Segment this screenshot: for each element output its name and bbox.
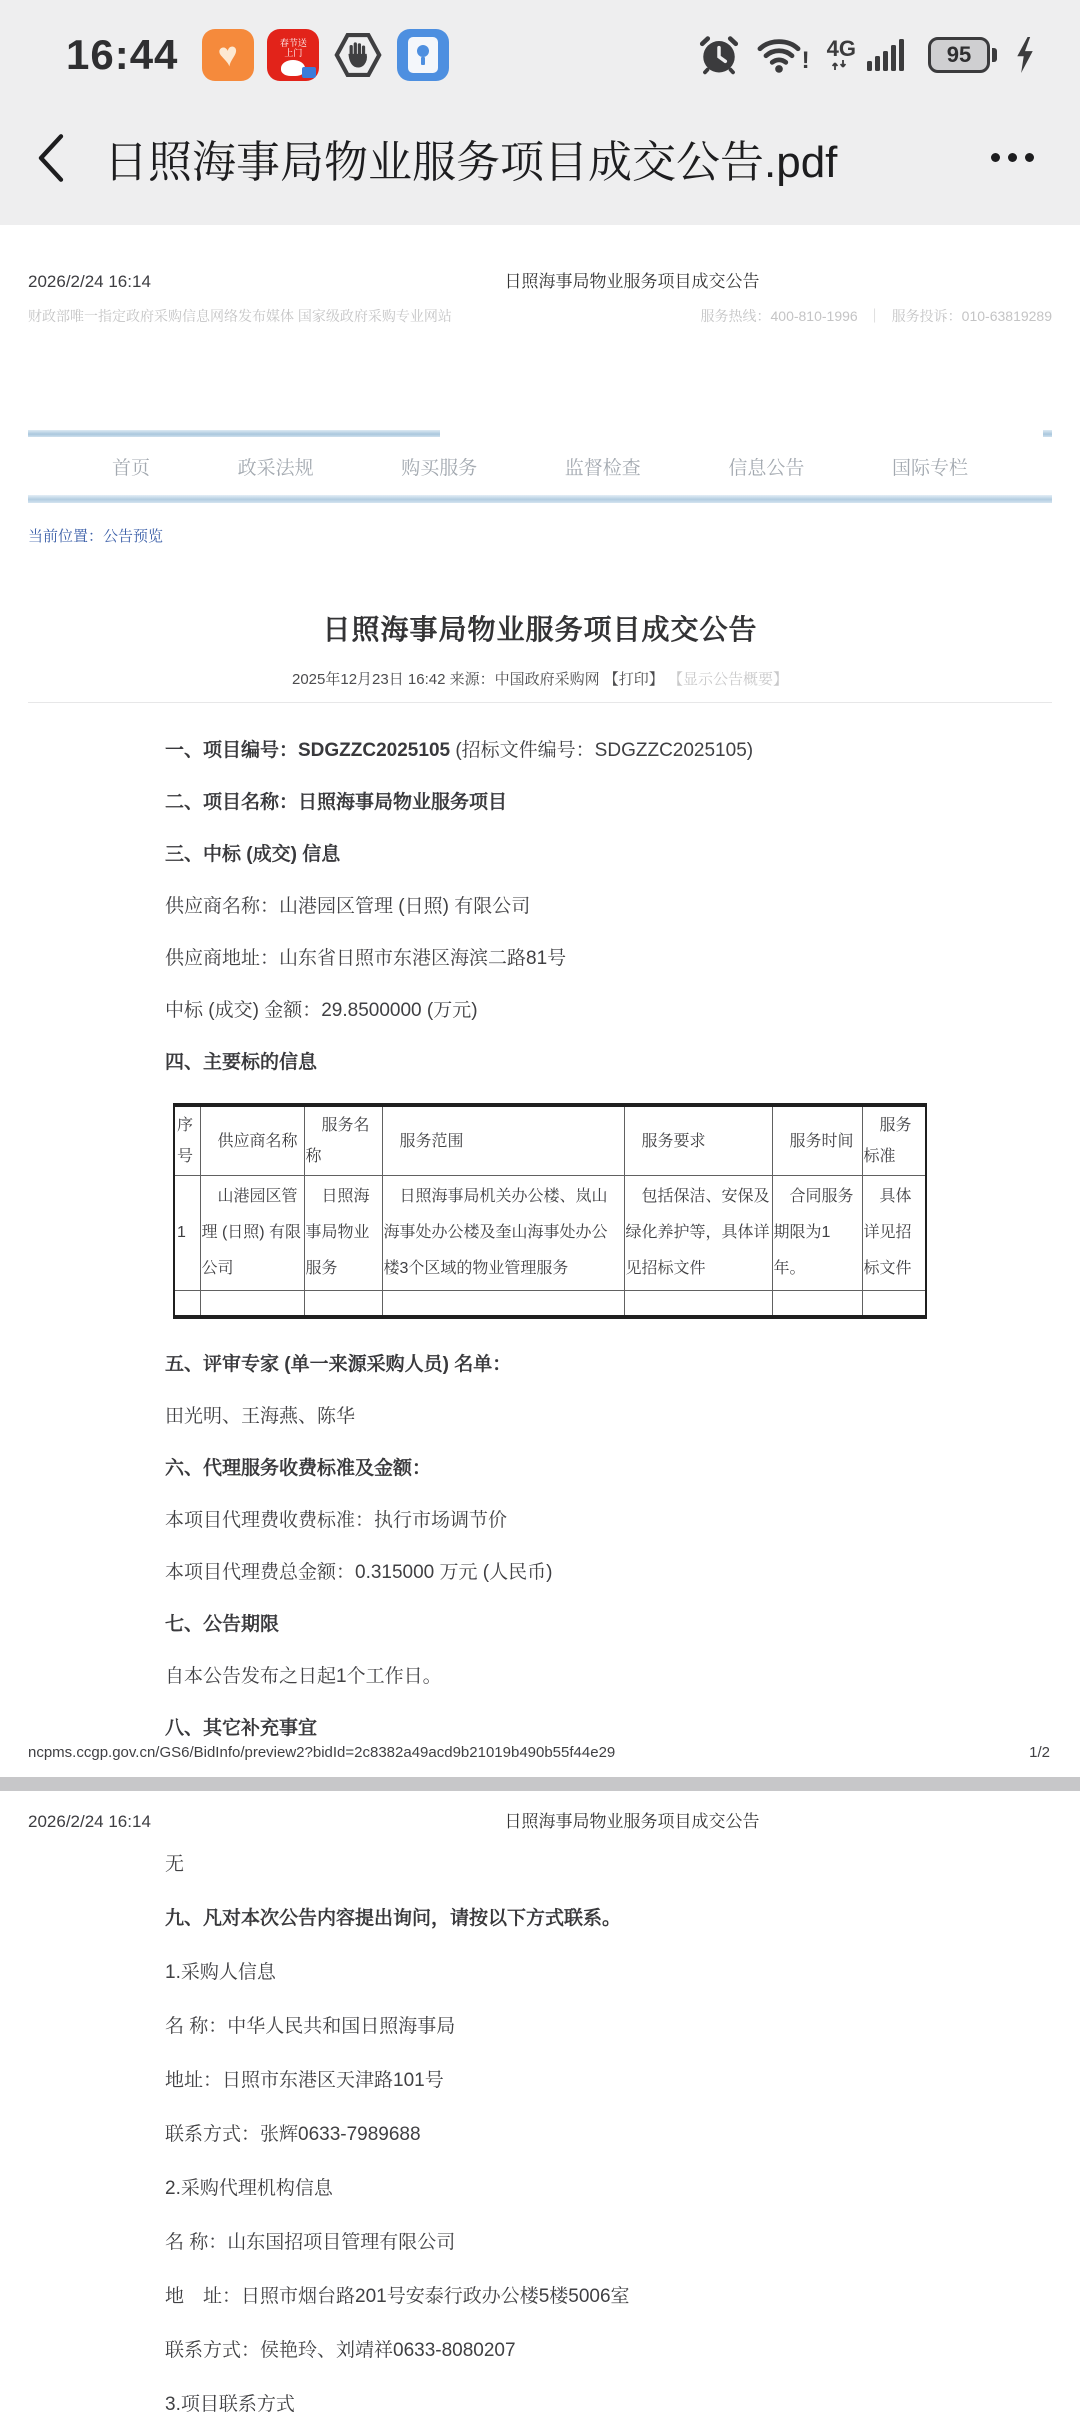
phone-screen: 16:44 ♥ 春节送上门 (0, 0, 1080, 2412)
table-cell (382, 1291, 624, 1318)
alarm-icon (698, 34, 740, 76)
doc-paragraph: 田光明、王海燕、陈华 (165, 1405, 925, 1429)
updown-arrows-icon (830, 59, 852, 71)
doc-paragraph: 无 (165, 1853, 925, 1877)
table-header-cell: 服务时间 (772, 1105, 862, 1176)
table-header-cell: 供应商名称 (200, 1105, 304, 1176)
nav-gradient-bar (28, 430, 440, 437)
doc-paragraph: 中标 (成交) 金额：29.8500000 (万元) (165, 999, 925, 1023)
title-bar: 日照海事局物业服务项目成交公告.pdf (0, 100, 1080, 225)
table-header-cell: 序号 (174, 1105, 200, 1176)
wifi-alert-mark: ! (802, 49, 810, 73)
table-header-row: 序号供应商名称服务名称服务范围服务要求服务时间服务标准 (174, 1105, 926, 1176)
table-cell: 合同服务期限为1年。 (772, 1176, 862, 1291)
table-cell (772, 1291, 862, 1318)
nav-tab-6[interactable]: 国际专栏 (892, 453, 968, 480)
meta-divider (28, 702, 1052, 703)
battery-nub (992, 48, 997, 62)
signal-4g-icon: 4G (827, 39, 856, 71)
breadcrumb[interactable]: 当前位置：公告预览 (28, 525, 1052, 546)
print-link[interactable]: 【打印】 (604, 671, 664, 688)
doc-paragraph: 联系方式：张辉0633-7989688 (165, 2123, 925, 2147)
battery-icon: 95 (928, 37, 997, 73)
pdf-page-1: 2026/2/24 16:14 日照海事局物业服务项目成交公告 财政部唯一指定政… (0, 225, 1080, 1777)
doc-paragraph: 名 称：中华人民共和国日照海事局 (165, 2015, 925, 2039)
service-complaint: 服务投诉：010-63819289 (892, 306, 1052, 326)
table-body: 1山港园区管理 (日照) 有限公司日照海事局物业服务日照海事局机关办公楼、岚山海… (174, 1176, 926, 1318)
doc-body-page2: 无九、凡对本次公告内容提出询问，请按以下方式联系。1.采购人信息名 称：中华人民… (165, 1853, 925, 2412)
back-button[interactable] (36, 131, 80, 185)
service-hotline: 服务热线：400-810-1996 (701, 306, 858, 326)
doc-body-page1: 一、项目编号：SDGZZC2025105 (招标文件编号：SDGZZC20251… (165, 739, 925, 1741)
table-cell: 1 (174, 1176, 200, 1291)
table-cell: 具体详见招标文件 (862, 1176, 926, 1291)
table-cell (304, 1291, 382, 1318)
table-header-cell: 服务要求 (624, 1105, 772, 1176)
pdf-file-title: 日照海事局物业服务项目成交公告.pdf (104, 126, 965, 190)
site-slogan: 财政部唯一指定政府采购信息网络发布媒体 国家级政府采购专业网站 (28, 306, 452, 326)
pdf-page1-header: 2026/2/24 16:14 日照海事局物业服务项目成交公告 (28, 225, 1052, 292)
nav-tab-3[interactable]: 购买服务 (401, 453, 477, 480)
nav-tabs: 首页政采法规购买服务监督检查信息公告国际专栏 (28, 437, 1052, 495)
doc-paragraph: 供应商地址：山东省日照市东港区海滨二路81号 (165, 947, 925, 971)
nav-tab-1[interactable]: 首页 (112, 453, 150, 480)
doc-paragraph: 名 称：山东国招项目管理有限公司 (165, 2231, 925, 2255)
table-row (174, 1291, 926, 1318)
phone-divider: ｜ (868, 306, 882, 326)
more-options-button[interactable] (989, 143, 1036, 172)
hand-hexagon-icon (332, 29, 384, 81)
status-bar: 16:44 ♥ 春节送上门 (0, 0, 1080, 100)
doc-paragraph: 九、凡对本次公告内容提出询问，请按以下方式联系。 (165, 1907, 925, 1931)
announcement-title: 日照海事局物业服务项目成交公告 (28, 608, 1052, 648)
doc-paragraph: 六、代理服务收费标准及金额： (165, 1457, 925, 1481)
charging-bolt-icon (1014, 37, 1036, 73)
signal-bars-icon (867, 37, 911, 73)
block-hand-app-icon (332, 29, 384, 81)
doc-paragraph: 本项目代理费总金额：0.315000 万元 (人民币) (165, 1561, 925, 1585)
nav-tab-2[interactable]: 政采法规 (238, 453, 314, 480)
doc-body-p1a: 一、项目编号：SDGZZC2025105 (招标文件编号：SDGZZC20251… (165, 739, 925, 1075)
jd-shopping-app-icon: 春节送上门 (267, 29, 319, 81)
doc-paragraph: 三、中标 (成交) 信息 (165, 843, 925, 867)
announcement-date-source: 2025年12月23日 16:42 来源：中国政府采购网 (292, 671, 600, 688)
doc-paragraph: 四、主要标的信息 (165, 1051, 925, 1075)
heart-icon: ♥ (217, 37, 241, 73)
battery-body: 95 (928, 37, 990, 73)
print-doc-title: 日照海事局物业服务项目成交公告 (268, 1807, 1052, 1832)
service-phones: 服务热线：400-810-1996 ｜ 服务投诉：010-63819289 (701, 306, 1053, 326)
notes-app-icon (397, 29, 449, 81)
nav-tab-5[interactable]: 信息公告 (728, 453, 804, 480)
doc-paragraph: 联系方式：侯艳玲、刘靖祥0633-8080207 (165, 2339, 925, 2363)
bid-result-table: 序号供应商名称服务名称服务范围服务要求服务时间服务标准 1山港园区管理 (日照)… (173, 1103, 927, 1319)
table-header-cell: 服务名称 (304, 1105, 382, 1176)
battery-percent: 95 (947, 42, 971, 68)
bulb-stem-icon (421, 57, 425, 65)
status-indicators: ! 4G 95 (698, 34, 1036, 76)
table-cell: 日照海事局物业服务 (304, 1176, 382, 1291)
show-summary-link[interactable]: 【显示公告概要】 (668, 671, 788, 688)
doc-paragraph: 七、公告期限 (165, 1613, 925, 1637)
doc-paragraph: 1.采购人信息 (165, 1961, 925, 1985)
table-header-cell: 服务范围 (382, 1105, 624, 1176)
page-number: 1/2 (1029, 1744, 1050, 1761)
table-cell (624, 1291, 772, 1318)
print-timestamp: 2026/2/24 16:14 (28, 1812, 268, 1832)
announcement-meta: 2025年12月23日 16:42 来源：中国政府采购网 【打印】 【显示公告概… (28, 668, 1052, 689)
source-url: ncpms.ccgp.gov.cn/GS6/BidInfo/preview2?b… (28, 1744, 615, 1761)
doc-paragraph: 一、项目编号：SDGZZC2025105 (招标文件编号：SDGZZC20251… (165, 739, 925, 763)
jd-badge-icon (302, 67, 316, 78)
nav-tab-4[interactable]: 监督检查 (565, 453, 641, 480)
doc-paragraph: 自本公告发布之日起1个工作日。 (165, 1665, 925, 1689)
jd-icon-text: 春节送上门 (278, 38, 308, 58)
pdf-page2-header: 2026/2/24 16:14 日照海事局物业服务项目成交公告 (28, 1791, 1052, 1832)
pdf-page1-footer: ncpms.ccgp.gov.cn/GS6/BidInfo/preview2?b… (28, 1744, 1050, 1761)
site-subheader: 财政部唯一指定政府采购信息网络发布媒体 国家级政府采购专业网站 服务热线：400… (28, 306, 1052, 326)
wifi-alert-icon: ! (757, 36, 810, 74)
table-cell: 山港园区管理 (日照) 有限公司 (200, 1176, 304, 1291)
doc-body-p1b: 五、评审专家 (单一来源采购人员) 名单：田光明、王海燕、陈华六、代理服务收费标… (165, 1353, 925, 1741)
table-cell (174, 1291, 200, 1318)
table-header-cell: 服务标准 (862, 1105, 926, 1176)
doc-paragraph: 3.项目联系方式 (165, 2393, 925, 2412)
doc-paragraph: 2.采购代理机构信息 (165, 2177, 925, 2201)
nav-gradient-bar-right (1043, 430, 1052, 437)
doc-paragraph: 五、评审专家 (单一来源采购人员) 名单： (165, 1353, 925, 1377)
nav-underline (28, 495, 1052, 503)
nav-top-decoration (28, 430, 1052, 437)
bulb-icon (417, 45, 429, 57)
table-cell (200, 1291, 304, 1318)
wifi-icon (757, 36, 801, 74)
page-separator (0, 1777, 1080, 1791)
doc-paragraph: 地 址：日照市烟台路201号安泰行政办公楼5楼5006室 (165, 2285, 925, 2309)
print-doc-title: 日照海事局物业服务项目成交公告 (268, 267, 1052, 292)
clock-time: 16:44 (66, 31, 178, 79)
table-cell: 日照海事局机关办公楼、岚山海事处办公楼及奎山海事处办公楼3个区域的物业管理服务 (382, 1176, 624, 1291)
doc-paragraph: 地址：日照市东港区天津路101号 (165, 2069, 925, 2093)
health-heart-app-icon: ♥ (202, 29, 254, 81)
print-timestamp: 2026/2/24 16:14 (28, 272, 268, 292)
doc-paragraph: 八、其它补充事宜 (165, 1717, 925, 1741)
notes-page-icon (408, 37, 438, 73)
network-type-label: 4G (827, 39, 856, 59)
doc-paragraph: 二、项目名称：日照海事局物业服务项目 (165, 791, 925, 815)
doc-paragraph: 本项目代理费收费标准：执行市场调节价 (165, 1509, 925, 1533)
table-cell: 包括保洁、安保及绿化养护等，具体详见招标文件 (624, 1176, 772, 1291)
table-row: 1山港园区管理 (日照) 有限公司日照海事局物业服务日照海事局机关办公楼、岚山海… (174, 1176, 926, 1291)
table-cell (862, 1291, 926, 1318)
notification-app-icons: ♥ 春节送上门 (202, 29, 449, 81)
doc-paragraph: 供应商名称：山港园区管理 (日照) 有限公司 (165, 895, 925, 919)
back-chevron-icon (36, 132, 66, 184)
pdf-page-2: 2026/2/24 16:14 日照海事局物业服务项目成交公告 无九、凡对本次公… (0, 1791, 1080, 2412)
